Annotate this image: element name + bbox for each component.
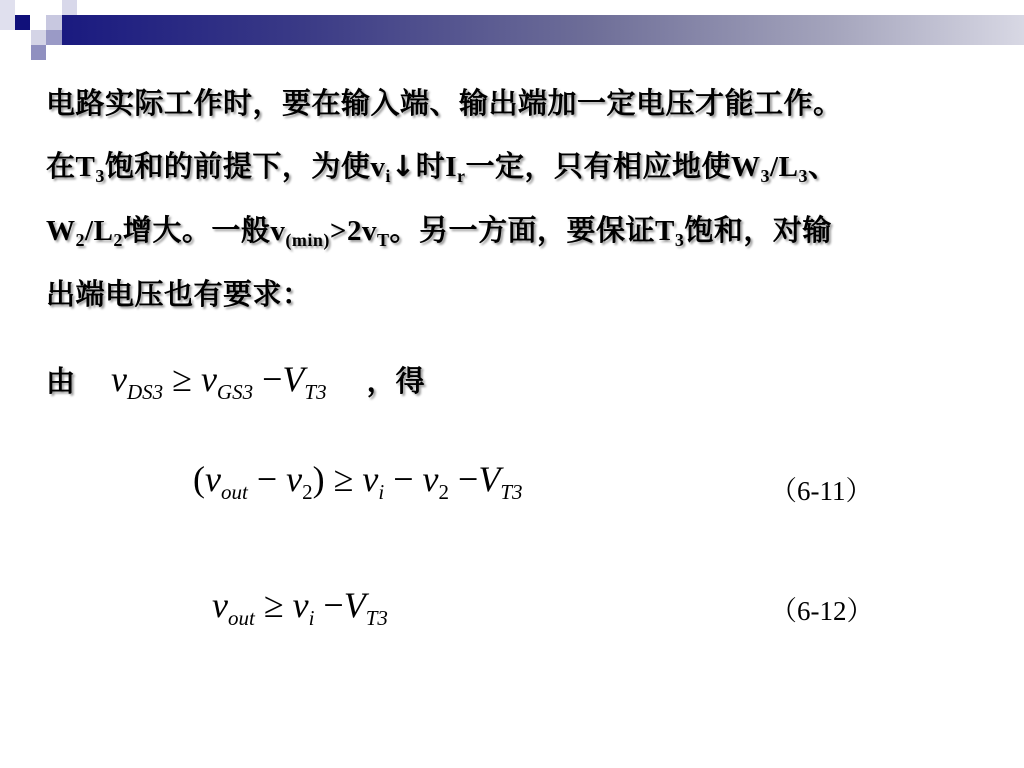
minus-symbol: − xyxy=(323,585,343,625)
square-mid xyxy=(31,45,46,60)
var-v: v xyxy=(201,359,217,399)
text-prefix: 由 xyxy=(46,364,75,398)
text: / xyxy=(770,151,779,183)
subscript: 2 xyxy=(113,230,123,250)
symbol-T: T xyxy=(76,151,96,183)
down-arrow-icon: ↓ xyxy=(391,149,416,183)
subscript: 3 xyxy=(798,166,808,186)
subscript: GS3 xyxy=(217,380,253,404)
paren: ) xyxy=(313,459,325,499)
text: 、 xyxy=(808,149,838,183)
symbol-W: W xyxy=(46,215,76,247)
var-v: v xyxy=(111,359,127,399)
var-V: V xyxy=(282,359,304,399)
symbol-v: v xyxy=(270,215,285,247)
subscript: out xyxy=(228,606,255,630)
subscript: T3 xyxy=(304,380,326,404)
symbol-W: W xyxy=(731,151,761,183)
var-V: V xyxy=(478,459,500,499)
geq-symbol: ≥ xyxy=(334,459,354,499)
var-V: V xyxy=(344,585,366,625)
text: 饱和的前提下，为使 xyxy=(105,149,371,183)
square-light xyxy=(46,15,62,30)
minus-symbol: − xyxy=(262,359,282,399)
body-paragraph: 电路实际工作时，要在输入端、输出端加一定电压才能工作。 在T3饱和的前提下，为使… xyxy=(46,72,986,326)
square-light xyxy=(62,0,77,15)
var-v: v xyxy=(205,459,221,499)
subscript: DS3 xyxy=(127,380,163,404)
var-v: v xyxy=(286,459,302,499)
text: / xyxy=(85,215,94,247)
title-gradient-bar xyxy=(62,15,1024,45)
equation-6-12: vout ≥ vi −VT3 xyxy=(212,584,388,626)
var-v: v xyxy=(212,585,228,625)
equation-number-6-11: （6-11） xyxy=(770,469,873,508)
equation-number-6-12: （6-12） xyxy=(770,589,874,628)
subscript: 2 xyxy=(302,480,313,504)
symbol-I: I xyxy=(445,151,457,183)
paren: ( xyxy=(193,459,205,499)
symbol-L: L xyxy=(779,151,799,183)
subscript: T3 xyxy=(500,480,522,504)
subscript: T xyxy=(377,230,390,250)
subscript: i xyxy=(309,606,315,630)
var-v: v xyxy=(362,459,378,499)
geq-symbol: ≥ xyxy=(264,585,284,625)
symbol-T: T xyxy=(655,215,675,247)
subscript: 3 xyxy=(761,166,771,186)
subscript: i xyxy=(378,480,384,504)
var-v: v xyxy=(423,459,439,499)
text: >2v xyxy=(330,215,377,247)
subscript: 3 xyxy=(675,230,685,250)
text: 增大。一般 xyxy=(123,213,271,247)
square-dark xyxy=(15,15,30,30)
square-light xyxy=(31,30,46,45)
var-v: v xyxy=(293,585,309,625)
minus-symbol: − xyxy=(393,459,413,499)
paragraph-line-1: 电路实际工作时，要在输入端、输出端加一定电压才能工作。 xyxy=(46,72,986,135)
paragraph-line-2: 在T3饱和的前提下，为使vi↓时Ir一定，只有相应地使W3/L3、 xyxy=(46,135,986,199)
paragraph-line-4: 出端电压也有要求： xyxy=(46,263,986,326)
paragraph-line-3: W2/L2增大。一般v(min)>2vT。另一方面，要保证T3饱和，对输 xyxy=(46,199,986,263)
subscript: (min) xyxy=(285,230,330,250)
symbol-L: L xyxy=(94,215,114,247)
symbol-v: v xyxy=(370,151,385,183)
subscript: r xyxy=(457,166,466,186)
text: 时 xyxy=(416,149,446,183)
geq-symbol: ≥ xyxy=(172,359,192,399)
equation-6-11: (vout − v2) ≥ vi − v2 −VT3 xyxy=(193,458,523,500)
condition-equation: 由 vDS3 ≥ vGS3 −VT3 ，得 xyxy=(46,358,425,400)
text: 一定，只有相应地使 xyxy=(466,149,732,183)
subscript: 3 xyxy=(95,166,105,186)
subscript: 2 xyxy=(76,230,86,250)
subscript: 2 xyxy=(439,480,450,504)
text-suffix: ，得 xyxy=(367,364,425,398)
minus-symbol: − xyxy=(257,459,277,499)
square-light xyxy=(0,0,15,30)
minus-symbol: − xyxy=(458,459,478,499)
text: 饱和，对输 xyxy=(684,213,832,247)
text: 。另一方面，要保证 xyxy=(389,213,655,247)
square-mid xyxy=(46,30,62,45)
subscript: T3 xyxy=(366,606,388,630)
text: 在 xyxy=(46,149,76,183)
subscript: out xyxy=(221,480,248,504)
